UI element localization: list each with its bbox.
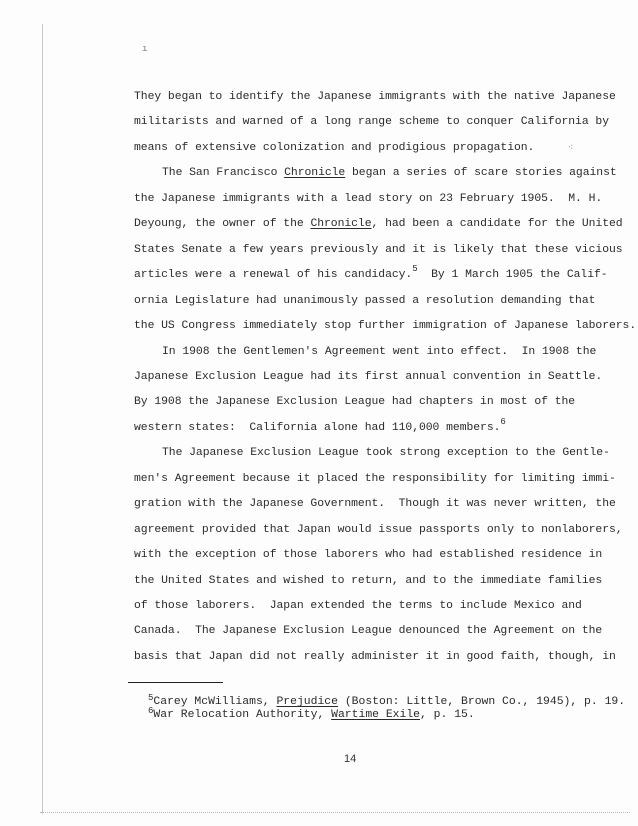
- text-line: In 1908 the Gentlemen's Agreement went i…: [162, 345, 596, 359]
- text-line: articles were a renewal of his candidacy…: [134, 268, 608, 282]
- text-line: the United States and wished to return, …: [134, 574, 602, 588]
- footnote: 5Carey McWilliams, Prejudice (Boston: Li…: [148, 696, 625, 709]
- text-line: with the exception of those laborers who…: [134, 548, 602, 562]
- footnote-number: 6: [148, 706, 153, 716]
- text-line: agreement provided that Japan would issu…: [134, 523, 623, 537]
- text-line: Deyoung, the owner of the Chronicle, had…: [134, 217, 623, 231]
- text-line: means of extensive colonization and prod…: [134, 141, 534, 155]
- text-line: the Japanese immigrants with a lead stor…: [134, 192, 602, 206]
- footnote: 6War Relocation Authority, Wartime Exile…: [148, 709, 475, 722]
- footnote-number: 5: [148, 693, 153, 703]
- text-line: ornia Legislature had unanimously passed…: [134, 294, 595, 308]
- text-line: gration with the Japanese Government. Th…: [134, 497, 616, 511]
- underlined-title: Chronicle: [284, 167, 345, 179]
- text-line: By 1908 the Japanese Exclusion League ha…: [134, 395, 575, 409]
- scan-speck: ⁖: [568, 143, 573, 153]
- footnote-separator: [128, 682, 223, 683]
- text-line: The Japanese Exclusion League took stron…: [162, 446, 610, 460]
- text-line: the US Congress immediately stop further…: [134, 319, 636, 333]
- page-left-edge: [42, 24, 43, 814]
- text-line: of those laborers. Japan extended the te…: [134, 599, 582, 613]
- footnote-reference: 6: [500, 417, 505, 427]
- text-line: militarists and warned of a long range s…: [134, 115, 609, 129]
- text-line: Canada. The Japanese Exclusion League de…: [134, 624, 602, 638]
- underlined-title: Wartime Exile: [331, 709, 420, 721]
- underlined-title: Prejudice: [276, 696, 338, 708]
- text-line: Japanese Exclusion League had its first …: [134, 370, 602, 384]
- scan-speck: ı: [142, 44, 147, 54]
- text-line: They began to identify the Japanese immi…: [134, 90, 616, 104]
- page-number: 14: [344, 753, 356, 765]
- document-page: ı ⁖ They began to identify the Japanese …: [0, 0, 638, 826]
- text-line: The San Francisco Chronicle began a seri…: [162, 166, 617, 180]
- underlined-title: Chronicle: [310, 218, 371, 230]
- footnote-reference: 5: [412, 264, 417, 274]
- scan-bottom-edge: [40, 812, 630, 814]
- text-line: western states: California alone had 110…: [134, 421, 506, 435]
- text-line: States Senate a few years previously and…: [134, 243, 623, 257]
- text-line: basis that Japan did not really administ…: [134, 650, 616, 664]
- text-line: men's Agreement because it placed the re…: [134, 472, 616, 486]
